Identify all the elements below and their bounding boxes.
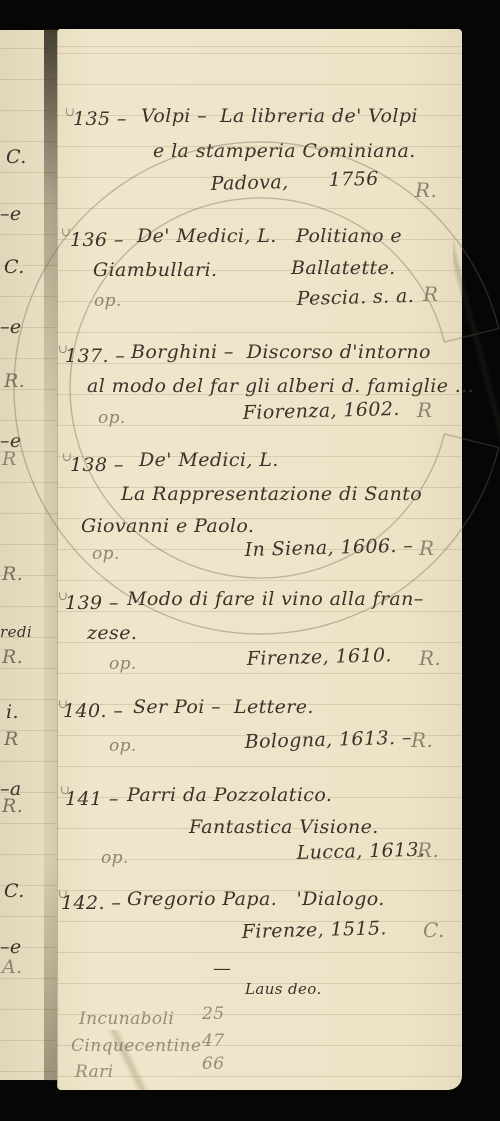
op-abbreviation: op. [92,546,120,563]
op-abbreviation: op. [98,410,126,427]
edge-fragment: C. [4,258,25,277]
collation-mark: R [419,538,434,558]
entry-place: Pescia. s. a. [297,287,415,309]
collation-mark: R [417,400,432,420]
entry-place: Fiorenza, 1602. [243,400,401,423]
entry-title-line: Parri da Pozzolatico. [127,786,332,805]
entry-place: Lucca, 1613. [297,841,426,863]
collation-mark: R. [417,840,439,860]
summary-label: Incunaboli [79,1011,174,1028]
entry-title-line: La Rappresentazione di Santo [121,485,422,504]
summary-value: 47 [202,1033,224,1050]
entry-title-line: Volpi – La libreria de' Volpi [141,107,418,126]
entry-title-line: Ser Poi – Lettere. [133,698,314,717]
photo-glare [453,140,500,570]
edge-fragment: R. [4,372,25,391]
op-abbreviation: op. [109,738,137,755]
laus-deo-note: Laus deo. [245,982,322,997]
entry-number: 140. – [63,702,123,721]
entry-title-line: Giovanni e Paolo. [81,517,254,536]
entry-title-line: De' Medici, L. Politiano e [137,227,402,246]
entry-title-line: Gregorio Papa. 'Dialogo. [127,890,385,909]
entry-title-line: De' Medici, L. [139,451,279,470]
edge-fragment: C. [4,882,25,901]
entry-number: 142. – [61,894,121,913]
separator-dash: — [213,960,231,978]
summary-value: 25 [202,1006,224,1023]
entry-place: Firenze, 1515. [242,919,388,942]
op-abbreviation: op. [101,850,129,867]
entry-title-line: Borghini – Discorso d'intorno [131,343,431,362]
edge-fragment: C. [6,148,27,167]
edge-fragment: –e [0,205,22,224]
collation-mark: C. [423,920,445,940]
edge-fragment: R. [2,797,23,816]
entry-title-line: e la stamperia Cominiana. [153,142,416,161]
op-abbreviation: op. [94,293,122,310]
entry-title-line: Modo di fare il vino alla fran– [127,590,424,609]
entry-place: Padova, [211,173,289,194]
collation-mark: R. [419,648,441,668]
op-abbreviation: op. [109,656,137,673]
page-fold-crease [58,1030,198,1090]
catalogue-page: ∪ 135 – Volpi – La libreria de' Volpi e … [57,29,462,1090]
edge-fragment: –e [0,318,22,337]
collation-mark: R [423,284,438,304]
entry-title-line: Fantastica Visione. [189,818,379,837]
edge-fragment: R. [2,648,23,667]
entry-year: 1756 [329,170,379,190]
entry-number: 138 – [70,456,124,475]
entry-number: 139 – [65,594,119,613]
entry-place: In Siena, 1606. – [245,537,414,560]
entry-title-line: Giambullari. [93,261,217,280]
entry-number: 141 – [65,790,119,809]
edge-fragment: i. [6,703,19,722]
summary-value: 66 [202,1056,224,1073]
edge-fragment: A. [2,958,23,977]
entry-title-line: Ballatette. [291,259,396,278]
entry-title-line: zese. [87,624,137,643]
entry-place: Bologna, 1613. – [245,729,413,752]
collation-mark: R. [411,730,433,750]
page-gutter-shadow [44,29,57,1081]
entry-number: 135 – [73,110,127,129]
edge-fragment: R [4,730,19,749]
manuscript-photo: C. –e C. –e R. –e R R. redi R. i. R –a R… [0,0,500,1121]
edge-fragment: R. [2,565,23,584]
edge-fragment: –e [0,938,22,957]
entry-place: Firenze, 1610. [247,646,393,669]
collation-mark: R. [415,180,437,200]
entry-number: 136 – [70,231,124,250]
edge-fragment: R [2,450,17,469]
entry-number: 137. – [65,347,125,366]
edge-fragment: redi [0,625,32,640]
entry-title-line: al modo del far gli alberi d. famiglie .… [87,377,474,396]
